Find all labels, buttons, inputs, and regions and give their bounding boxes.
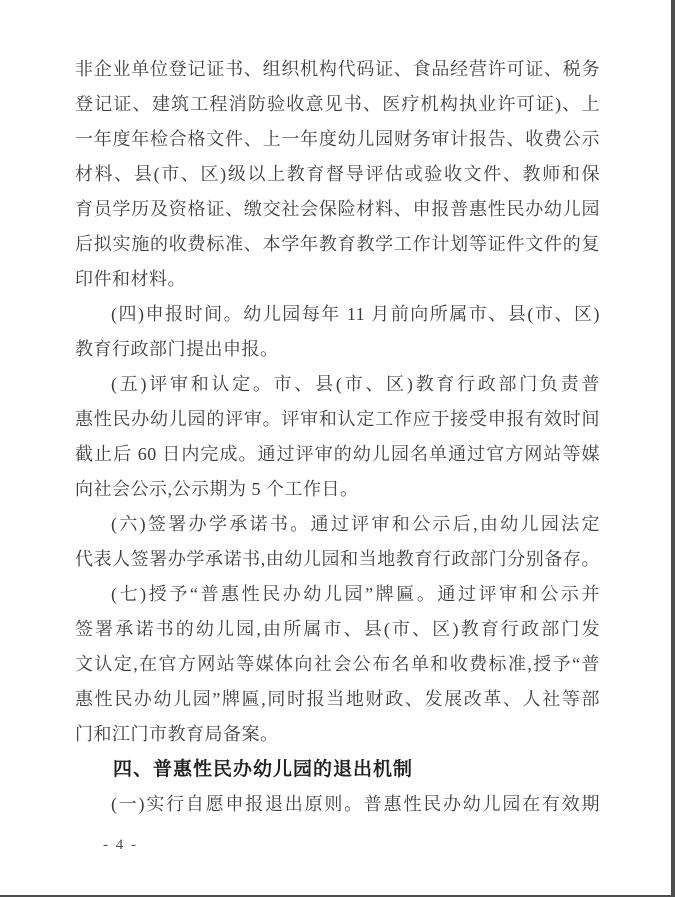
paragraph-continuation: 非企业单位登记证书、组织机构代码证、食品经营许可证、税务登记证、建筑工程消防验收…: [75, 52, 600, 297]
text-line: 签署承诺书的幼儿园,由所属市、县(市、区)教育行政部门发: [75, 612, 600, 647]
text-line: 一年度年检合格文件、上一年度幼儿园财务审计报告、收费公示: [75, 122, 600, 157]
text-line: (七)授予“普惠性民办幼儿园”牌匾。通过评审和公示并: [75, 577, 600, 612]
section-heading: 四、普惠性民办幼儿园的退出机制: [75, 752, 600, 787]
document-page: { "page": { "background_color": "#ffffff…: [0, 0, 675, 897]
text-line: 育员学历及资格证、缴交社会保险材料、申报普惠性民办幼儿园: [75, 192, 600, 227]
text-line: 惠性民办幼儿园”牌匾,同时报当地财政、发展改革、人社等部: [75, 682, 600, 717]
text-line: 材料、县(市、区)级以上教育督导评估或验收文件、教师和保: [75, 157, 600, 192]
text-line: 非企业单位登记证书、组织机构代码证、食品经营许可证、税务: [75, 52, 600, 87]
text-line: 门和江门市教育局备案。: [75, 717, 600, 752]
document-text: 非企业单位登记证书、组织机构代码证、食品经营许可证、税务登记证、建筑工程消防验收…: [75, 52, 600, 822]
text-line: 代表人签署办学承诺书,由幼儿园和当地教育行政部门分别备存。: [75, 542, 600, 577]
text-line: (四)申报时间。幼儿园每年 11 月前向所属市、县(市、区): [75, 297, 600, 332]
text-line: (五)评审和认定。市、县(市、区)教育行政部门负责普: [75, 367, 600, 402]
text-line: 向社会公示,公示期为 5 个工作日。: [75, 472, 600, 507]
text-line: 教育行政部门提出申报。: [75, 332, 600, 367]
text-line: 登记证、建筑工程消防验收意见书、医疗机构执业许可证)、上: [75, 87, 600, 122]
text-line: (六)签署办学承诺书。通过评审和公示后,由幼儿园法定: [75, 507, 600, 542]
text-line: 惠性民办幼儿园的评审。评审和认定工作应于接受申报有效时间: [75, 402, 600, 437]
page-number: - 4 -: [103, 834, 138, 856]
text-line: 后拟实施的收费标准、本学年教育教学工作计划等证件文件的复: [75, 227, 600, 262]
text-line: 截止后 60 日内完成。通过评审的幼儿园名单通过官方网站等媒体: [75, 437, 600, 472]
paragraph: (七)授予“普惠性民办幼儿园”牌匾。通过评审和公示并签署承诺书的幼儿园,由所属市…: [75, 577, 600, 752]
paragraph: (四)申报时间。幼儿园每年 11 月前向所属市、县(市、区)教育行政部门提出申报…: [75, 297, 600, 367]
text-line: 文认定,在官方网站等媒体向社会公布名单和收费标准,授予“普: [75, 647, 600, 682]
text-line: (一)实行自愿申报退出原则。普惠性民办幼儿园在有效期: [75, 787, 600, 822]
scan-right-edge: [671, 0, 675, 897]
paragraph: (一)实行自愿申报退出原则。普惠性民办幼儿园在有效期: [75, 787, 600, 822]
paragraph: (五)评审和认定。市、县(市、区)教育行政部门负责普惠性民办幼儿园的评审。评审和…: [75, 367, 600, 507]
text-line: 四、普惠性民办幼儿园的退出机制: [75, 752, 600, 787]
text-line: 印件和材料。: [75, 262, 600, 297]
paragraph: (六)签署办学承诺书。通过评审和公示后,由幼儿园法定代表人签署办学承诺书,由幼儿…: [75, 507, 600, 577]
